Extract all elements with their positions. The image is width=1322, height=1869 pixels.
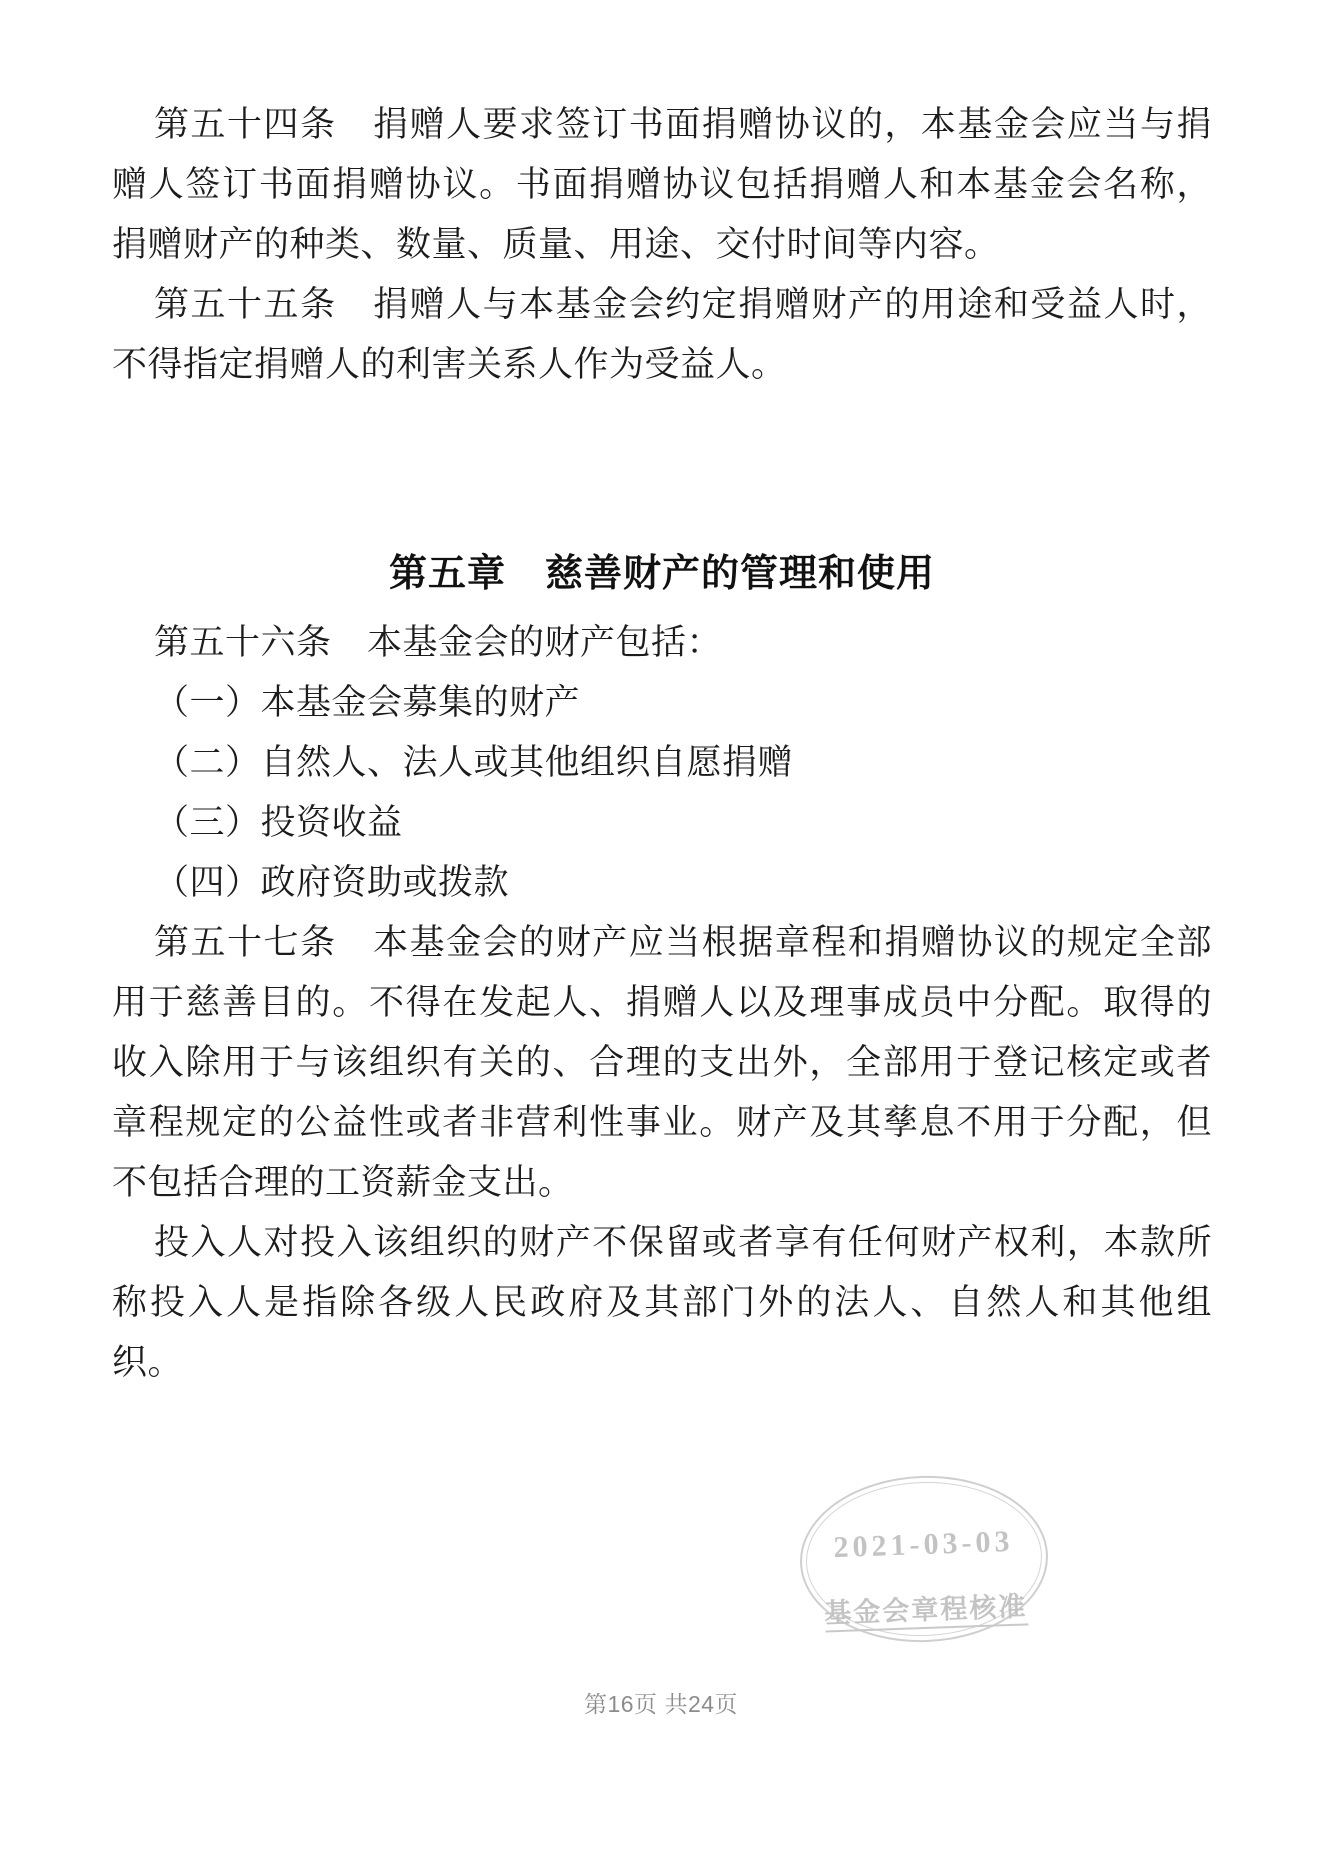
stamp-approval-label-text: 基金会章程核准 (824, 1591, 1028, 1632)
chapter-5-heading: 第五章 慈善财产的管理和使用 (112, 549, 1212, 599)
article-54-paragraph: 第五十四条 捐赠人要求签订书面捐赠协议的，本基金会应当与捐赠人签订书面捐赠协议。… (112, 95, 1212, 275)
article-56-item-1: （一）本基金会募集的财产 (112, 673, 1212, 733)
article-57-paragraph: 第五十七条 本基金会的财产应当根据章程和捐赠协议的规定全部用于慈善目的。不得在发… (112, 913, 1212, 1213)
article-56-item-3: （三）投资收益 (112, 793, 1212, 853)
article-56-item-2: （二）自然人、法人或其他组织自愿捐赠 (112, 733, 1212, 793)
approval-stamp: 2021-03-03 基金会章程核准 (797, 1472, 1051, 1647)
document-body: 第五十四条 捐赠人要求签订书面捐赠协议的，本基金会应当与捐赠人签订书面捐赠协议。… (112, 95, 1212, 1393)
stamp-approval-label: 基金会章程核准 (801, 1584, 1050, 1632)
page-number-footer: 第16页 共24页 (0, 1686, 1322, 1719)
document-page: 第五十四条 捐赠人要求签订书面捐赠协议的，本基金会应当与捐赠人签订书面捐赠协议。… (0, 0, 1322, 1869)
article-55-paragraph: 第五十五条 捐赠人与本基金会约定捐赠财产的用途和受益人时，不得指定捐赠人的利害关… (112, 275, 1212, 395)
article-56-intro: 第五十六条 本基金会的财产包括： (112, 613, 1212, 673)
article-56-item-4: （四）政府资助或拨款 (112, 853, 1212, 913)
article-57-note-paragraph: 投入人对投入该组织的财产不保留或者享有任何财产权利，本款所称投入人是指除各级人民… (112, 1213, 1212, 1393)
